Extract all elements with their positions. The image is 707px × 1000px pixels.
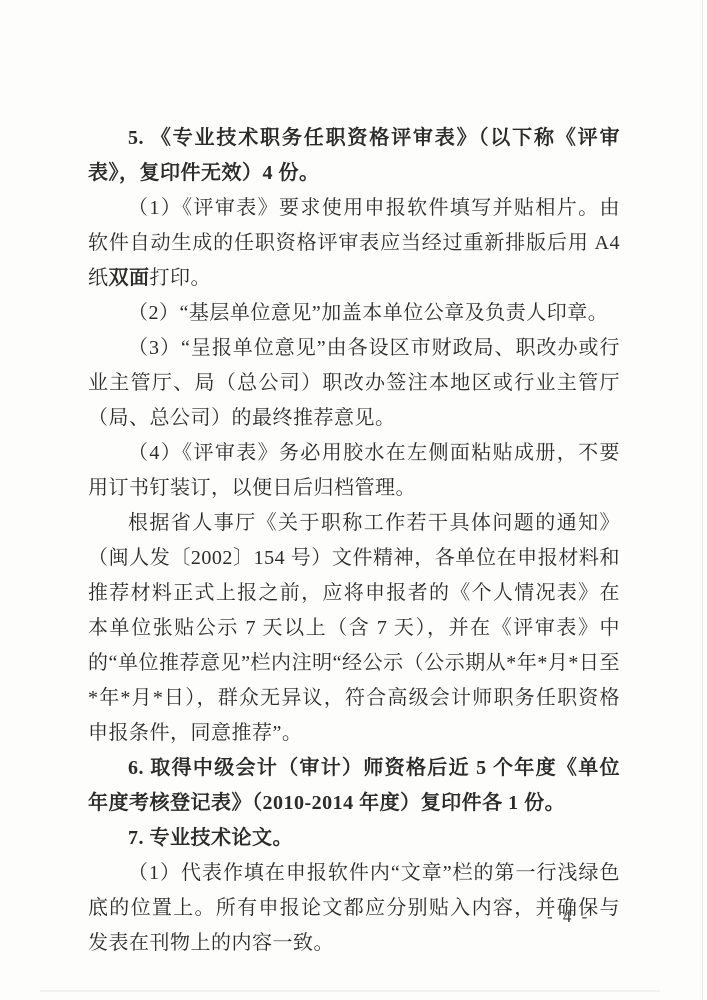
paragraph-item-6-heading: 6. 取得中级会计（审计）师资格后近 5 个年度《单位年度考核登记表》（2010… (88, 751, 620, 821)
document-page: 5. 《专业技术职务任职资格评审表》（以下称《评审表》，复印件无效）4 份。（1… (0, 0, 707, 1000)
text-run: （4）《评审表》务必用胶水在左侧面粘贴成册，不要用订书钉装订，以便日后归档管理。 (88, 442, 620, 499)
text-run: （2）“基层单位意见”加盖本单位公章及负责人印章。 (128, 302, 608, 324)
text-run: （3）“呈报单位意见”由各设区市财政局、职改办或行业主管厅、局（总公司）职改办签… (88, 337, 620, 429)
text-run: 打印。 (150, 267, 212, 289)
text-run: 根据省人事厅《关于职称工作若干具体问题的通知》（闽人发〔2002〕154 号）文… (88, 512, 620, 744)
page-number: - 4 - (547, 907, 590, 927)
text-run-bold: 7. 专业技术论文。 (128, 827, 293, 849)
text-run: （1）代表作填在申报软件内“文章”栏的第一行浅绿色底的位置上。所有申报论文都应分… (88, 862, 620, 954)
text-run-bold: 双面 (109, 267, 150, 289)
paragraph-item-7-heading: 7. 专业技术论文。 (88, 821, 620, 856)
paragraph-item-5-sub-1: （1）《评审表》要求使用申报软件填写并贴相片。由软件自动生成的任职资格评审表应当… (88, 191, 620, 296)
paragraph-item-5-sub-4: （4）《评审表》务必用胶水在左侧面粘贴成册，不要用订书钉装订，以便日后归档管理。 (88, 436, 620, 506)
paragraph-item-5-heading: 5. 《专业技术职务任职资格评审表》（以下称《评审表》，复印件无效）4 份。 (88, 121, 620, 191)
text-run-bold: 5. 《专业技术职务任职资格评审表》（以下称《评审表》，复印件无效）4 份。 (88, 127, 620, 184)
scan-edge-artifact (702, 0, 703, 1000)
paragraph-item-5-sub-2: （2）“基层单位意见”加盖本单位公章及负责人印章。 (88, 296, 620, 331)
document-body: 5. 《专业技术职务任职资格评审表》（以下称《评审表》，复印件无效）4 份。（1… (88, 121, 620, 961)
paragraph-item-7-sub-1: （1）代表作填在申报软件内“文章”栏的第一行浅绿色底的位置上。所有申报论文都应分… (88, 856, 620, 961)
paragraph-item-5-sub-3: （3）“呈报单位意见”由各设区市财政局、职改办或行业主管厅、局（总公司）职改办签… (88, 331, 620, 436)
paragraph-item-5-note: 根据省人事厅《关于职称工作若干具体问题的通知》（闽人发〔2002〕154 号）文… (88, 506, 620, 751)
text-run-bold: 6. 取得中级会计（审计）师资格后近 5 个年度《单位年度考核登记表》（2010… (88, 757, 620, 814)
scan-smudge-artifact (40, 990, 660, 992)
